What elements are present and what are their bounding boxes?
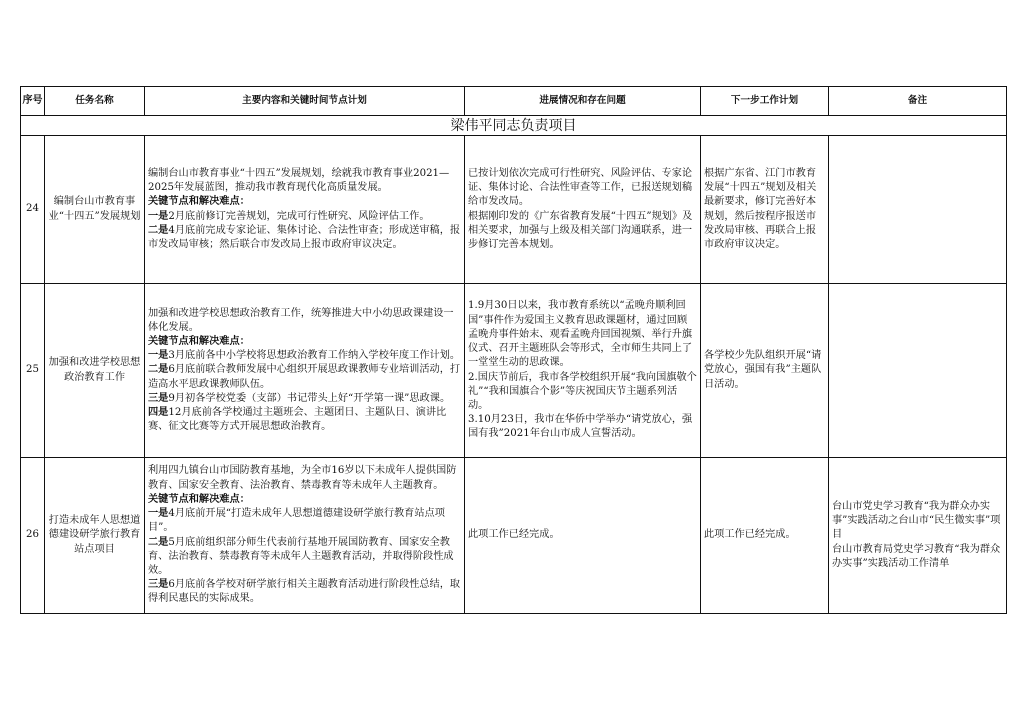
next-plan: 此项工作已经完成。 — [701, 458, 829, 614]
key-point-text: 2月底前修订完善规划，完成可行性研究、风险评估工作。 — [168, 211, 429, 222]
key-point-text: 5月底前组织部分师生代表前行基地开展国防教育、国家安全教育、法治教育、禁毒教育等… — [148, 537, 454, 576]
row-number: 26 — [21, 458, 45, 614]
key-point-text: 3月底前各中小学校将思想政治教育工作纳入学校年度工作计划。 — [168, 350, 460, 361]
progress-item: 3.10月23日，我市在华侨中学举办“请党放心，强国有我”2021年台山市成人宣… — [468, 413, 697, 441]
remark-item: 台山市党史学习教育“我为群众办实事”实践活动之台山市“民生微实事”项目 — [832, 500, 1003, 543]
header-seq: 序号 — [21, 87, 45, 116]
task-name: 打造未成年人思想道德建设研学旅行教育站点项目 — [45, 458, 145, 614]
table-row: 24 编制台山市教育事业“十四五”发展规划 编制台山市教育事业“十四五”发展规划… — [21, 136, 1007, 284]
row-number: 24 — [21, 136, 45, 284]
header-progress: 进展情况和存在问题 — [465, 87, 701, 116]
key-point-lead: 二是 — [148, 225, 168, 236]
key-point: 三是6月底前各学校对研学旅行相关主题教育活动进行阶段性总结，取得利民惠民的实际成… — [148, 578, 461, 606]
key-point-lead: 二是 — [148, 364, 168, 375]
remarks: 台山市党史学习教育“我为群众办实事”实践活动之台山市“民生微实事”项目 台山市教… — [829, 458, 1007, 614]
key-point-lead: 三是 — [148, 393, 168, 404]
key-point-text: 4月底前完成专家论证、集体讨论、合法性审查；形成送审稿，报市发改局审核；然后联合… — [148, 225, 460, 250]
progress: 已按计划依次完成可行性研究、风险评估、专家论证、集体讨论、合法性审查等工作，已报… — [465, 136, 701, 284]
key-point: 一是2月底前修订完善规划，完成可行性研究、风险评估工作。 — [148, 210, 461, 224]
main-content: 利用四九镇台山市国防教育基地，为全市16岁以下未成年人提供国防教育、国家安全教育… — [145, 458, 465, 614]
key-point: 二是4月底前完成专家论证、集体讨论、合法性审查；形成送审稿，报市发改局审核；然后… — [148, 224, 461, 252]
key-point-text: 6月底前联合教师发展中心组织开展思政课教师专业培训活动，打造高水平思政课教师队伍… — [148, 364, 460, 389]
key-points-label: 关键节点和解决难点： — [148, 493, 461, 507]
key-point-text: 9月初各学校党委（支部）书记带头上好“开学第一课”思政课。 — [168, 393, 450, 404]
task-table: 序号 任务名称 主要内容和关键时间节点计划 进展情况和存在问题 下一步工作计划 … — [20, 86, 1007, 614]
row-number: 25 — [21, 284, 45, 458]
key-point-lead: 一是 — [148, 211, 168, 222]
header-main-content: 主要内容和关键时间节点计划 — [145, 87, 465, 116]
progress-item: 2.国庆节前后，我市各学校组织开展“我向国旗敬个礼”“我和国旗合个影”等庆祝国庆… — [468, 371, 697, 414]
next-plan: 各学校少先队组织开展“请党放心，强国有我”主题队日活动。 — [701, 284, 829, 458]
header-remarks: 备注 — [829, 87, 1007, 116]
content-intro: 编制台山市教育事业“十四五”发展规划，绘就我市教育事业2021—2025年发展蓝… — [148, 167, 461, 195]
key-point: 二是6月底前联合教师发展中心组织开展思政课教师专业培训活动，打造高水平思政课教师… — [148, 363, 461, 391]
key-point: 一是4月底前开展“打造未成年人思想道德建设研学旅行教育站点项目”。 — [148, 507, 461, 535]
content-intro: 加强和改进学校思想政治教育工作，统筹推进大中小幼思政课建设一体化发展。 — [148, 307, 461, 335]
main-content: 编制台山市教育事业“十四五”发展规划，绘就我市教育事业2021—2025年发展蓝… — [145, 136, 465, 284]
header-next-plan: 下一步工作计划 — [701, 87, 829, 116]
key-point-lead: 一是 — [148, 508, 168, 519]
table-row: 25 加强和改进学校思想政治教育工作 加强和改进学校思想政治教育工作，统筹推进大… — [21, 284, 1007, 458]
section-row: 梁伟平同志负责项目 — [21, 116, 1007, 136]
key-point-lead: 三是 — [148, 579, 168, 590]
key-points-label: 关键节点和解决难点： — [148, 335, 461, 349]
key-point-text: 12月底前各学校通过主题班会、主题团日、主题队日、演讲比赛、征文比赛等方式开展思… — [148, 407, 446, 432]
remarks — [829, 136, 1007, 284]
progress-item: 已按计划依次完成可行性研究、风险评估、专家论证、集体讨论、合法性审查等工作，已报… — [468, 167, 697, 210]
progress-item: 此项工作已经完成。 — [468, 528, 697, 542]
task-name: 加强和改进学校思想政治教育工作 — [45, 284, 145, 458]
progress: 此项工作已经完成。 — [465, 458, 701, 614]
key-point-lead: 一是 — [148, 350, 168, 361]
next-plan: 根据广东省、江门市教育发展“十四五”规划及相关最新要求，修订完善好本规划，然后按… — [701, 136, 829, 284]
key-point: 四是12月底前各学校通过主题班会、主题团日、主题队日、演讲比赛、征文比赛等方式开… — [148, 406, 461, 434]
progress-item: 根据刚印发的《广东省教育发展“十四五”规划》及相关要求，加强与上级及相关部门沟通… — [468, 210, 697, 253]
table-row: 26 打造未成年人思想道德建设研学旅行教育站点项目 利用四九镇台山市国防教育基地… — [21, 458, 1007, 614]
key-point-lead: 四是 — [148, 407, 168, 418]
header-row: 序号 任务名称 主要内容和关键时间节点计划 进展情况和存在问题 下一步工作计划 … — [21, 87, 1007, 116]
key-point-text: 4月底前开展“打造未成年人思想道德建设研学旅行教育站点项目”。 — [148, 508, 445, 533]
task-name: 编制台山市教育事业“十四五”发展规划 — [45, 136, 145, 284]
key-point: 一是3月底前各中小学校将思想政治教育工作纳入学校年度工作计划。 — [148, 349, 461, 363]
key-point: 二是5月底前组织部分师生代表前行基地开展国防教育、国家安全教育、法治教育、禁毒教… — [148, 536, 461, 579]
progress: 1.9月30日以来，我市教育系统以“孟晚舟顺利回国”事件作为爱国主义教育思政课题… — [465, 284, 701, 458]
main-content: 加强和改进学校思想政治教育工作，统筹推进大中小幼思政课建设一体化发展。 关键节点… — [145, 284, 465, 458]
header-task-name: 任务名称 — [45, 87, 145, 116]
key-points-label: 关键节点和解决难点： — [148, 195, 461, 209]
section-title: 梁伟平同志负责项目 — [21, 116, 1007, 136]
remark-item: 台山市教育局党史学习教育“我为群众办实事”实践活动工作清单 — [832, 543, 1003, 571]
content-intro: 利用四九镇台山市国防教育基地，为全市16岁以下未成年人提供国防教育、国家安全教育… — [148, 464, 461, 492]
remarks — [829, 284, 1007, 458]
key-point-text: 6月底前各学校对研学旅行相关主题教育活动进行阶段性总结，取得利民惠民的实际成果。 — [148, 579, 460, 604]
progress-item: 1.9月30日以来，我市教育系统以“孟晚舟顺利回国”事件作为爱国主义教育思政课题… — [468, 299, 697, 370]
key-point: 三是9月初各学校党委（支部）书记带头上好“开学第一课”思政课。 — [148, 392, 461, 406]
key-point-lead: 二是 — [148, 537, 168, 548]
